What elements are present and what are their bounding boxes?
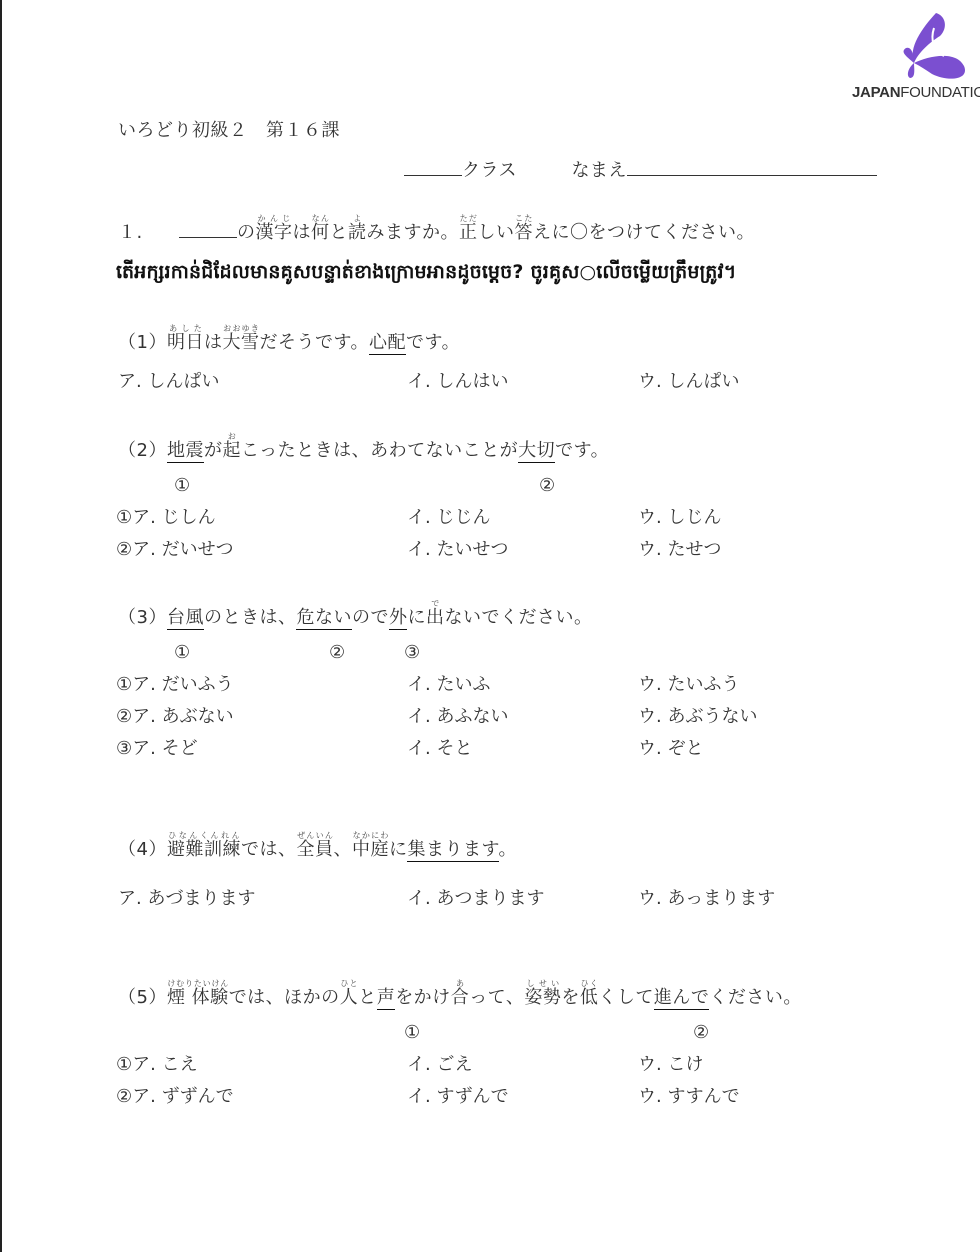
target-word-1: 台風 xyxy=(167,607,204,630)
class-blank[interactable] xyxy=(404,157,462,176)
question-5-sentence: （5）煙 体験けむりたいけんでは、ほかの人ひとと声をかけ合あって、姿勢しせいを低… xyxy=(118,979,802,1009)
option-1-i[interactable]: イ. ごえ xyxy=(407,1054,472,1076)
target-word-2: 進んで xyxy=(654,987,710,1010)
marker-1: ① xyxy=(174,642,191,664)
option-2-a[interactable]: ②ア. だいせつ xyxy=(116,539,234,561)
target-word-2: 危ない xyxy=(296,607,352,630)
option-1-a[interactable]: ①ア. だいふう xyxy=(116,674,234,696)
marker-2: ② xyxy=(329,642,346,664)
option-2-a[interactable]: ②ア. あぶない xyxy=(116,706,234,728)
underline-sample xyxy=(179,219,237,238)
instruction-jp: １. の漢字かんじは何なんと読よみますか。正ただしい答こたえに〇をつけてください… xyxy=(118,214,755,244)
name-label: なまえ xyxy=(571,160,627,181)
option-3-i[interactable]: イ. そと xyxy=(407,738,472,760)
option-2-i[interactable]: イ. たいせつ xyxy=(407,539,508,561)
option-2-i[interactable]: イ. すずんで xyxy=(407,1086,509,1108)
target-word-1: 声 xyxy=(377,987,396,1010)
option-1-u[interactable]: ウ. たいふう xyxy=(638,674,739,696)
option-2-u[interactable]: ウ. すすんで xyxy=(638,1086,740,1108)
question-number: （5） xyxy=(118,987,167,1008)
target-word-3: 外 xyxy=(389,607,408,630)
question-2-sentence: （2）地震が起おこったときは、あわてないことが大切です。 xyxy=(118,432,609,462)
worksheet-title: いろどり初級２ 第１６課 xyxy=(118,120,340,142)
option-3-u[interactable]: ウ. ぞと xyxy=(638,738,703,760)
class-name-line: クラス なまえ xyxy=(404,157,877,182)
option-2-u[interactable]: ウ. たせつ xyxy=(638,539,721,561)
marker-1: ① xyxy=(174,475,191,497)
option-a[interactable]: ア. あづまります xyxy=(118,888,255,910)
option-a[interactable]: ア. しんぱい xyxy=(118,371,219,393)
name-blank[interactable] xyxy=(627,157,877,176)
marker-2: ② xyxy=(693,1022,710,1044)
question-number: （2） xyxy=(118,440,167,461)
option-1-u[interactable]: ウ. こけ xyxy=(638,1054,703,1076)
target-word: 集まります xyxy=(407,839,498,862)
option-1-i[interactable]: イ. たいふ xyxy=(407,674,490,696)
question-number: （1） xyxy=(118,332,167,353)
option-1-a[interactable]: ①ア. こえ xyxy=(116,1054,198,1076)
marker-1: ① xyxy=(404,1022,421,1044)
instruction-number: １. xyxy=(118,222,143,243)
question-3-sentence: （3）台風のときは、危ないので外に出でないでください。 xyxy=(118,599,592,629)
instruction-khmer: តើអក្សរកាន់ជិដែលមានគូសបន្ទាត់ខាងក្រោមអាន… xyxy=(116,260,737,288)
option-i[interactable]: イ. あつまります xyxy=(407,888,544,910)
option-1-u[interactable]: ウ. しじん xyxy=(638,507,721,529)
option-i[interactable]: イ. しんはい xyxy=(407,371,508,393)
option-u[interactable]: ウ. あっまります xyxy=(638,888,775,910)
option-2-i[interactable]: イ. あふない xyxy=(407,706,508,728)
target-word: 心配 xyxy=(369,332,406,355)
worksheet-page: JAPANFOUNDATION いろどり初級２ 第１６課 クラス なまえ １. … xyxy=(0,0,980,1252)
option-2-u[interactable]: ウ. あぶうない xyxy=(638,706,757,728)
target-word-2: 大切 xyxy=(518,440,555,463)
marker-2: ② xyxy=(539,475,556,497)
question-number: （4） xyxy=(118,839,167,860)
class-label: クラス xyxy=(462,160,517,181)
japan-foundation-logo-text: JAPANFOUNDATION xyxy=(852,84,980,101)
target-word-1: 地震 xyxy=(167,440,204,463)
option-3-a[interactable]: ③ア. そど xyxy=(116,738,198,760)
option-2-a[interactable]: ②ア. ずずんで xyxy=(116,1086,234,1108)
option-1-a[interactable]: ①ア. じしん xyxy=(116,507,216,529)
option-1-i[interactable]: イ. じじん xyxy=(407,507,490,529)
marker-3: ③ xyxy=(404,642,421,664)
question-number: （3） xyxy=(118,607,167,628)
question-4-sentence: （4）避難訓練ひなんくんれんでは、全員ぜんいん、中庭なかにわに集まります。 xyxy=(118,831,517,861)
question-1-sentence: （1）明日あしたは大雪おおゆきだそうです。心配です。 xyxy=(118,324,460,354)
option-u[interactable]: ウ. しんぱい xyxy=(638,371,739,393)
